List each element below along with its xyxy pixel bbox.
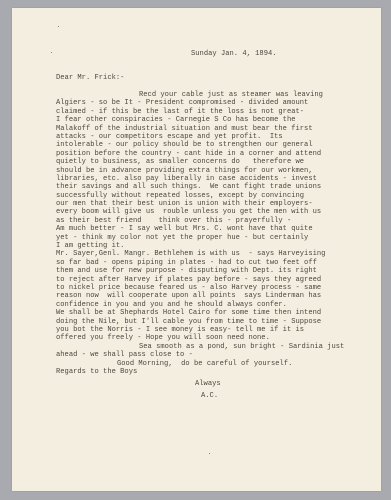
letter-line: I fear other conspiracies - Carnegie S C… <box>56 116 344 124</box>
letter-line: offered you freely - Hope you will soon … <box>56 334 344 342</box>
letter-line: them and use for new purpose - disputing… <box>56 267 344 275</box>
letter-line: reason now will cooperate upon all point… <box>56 292 344 300</box>
letter-line: Sea smooth as a pond, sun bright - Sardi… <box>56 343 344 351</box>
letter-line: every boom will give us rouble unless yo… <box>56 208 344 216</box>
paper-speck <box>51 52 52 53</box>
letter-line: ahead - we shall pass close to - <box>56 351 344 359</box>
letter-line: attacks - our competitors escape and yet… <box>56 133 344 141</box>
letter-line: Algiers - so be It - President compromis… <box>56 99 344 107</box>
letter-date: Sunday Jan. 4, 1894. <box>191 50 277 58</box>
letter-line: claimed - if this be the last of it the … <box>56 108 344 116</box>
letter-line: Mr. Sayer,Genl. Mangr. Bethlehem is with… <box>56 250 344 258</box>
letter-line: as their best friend think over this - p… <box>56 217 344 225</box>
paper-speck <box>209 453 210 454</box>
letter-line: to reject after Harvey if plates pay bef… <box>56 276 344 284</box>
letter-page: Sunday Jan. 4, 1894. Dear Mr. Frick:- Re… <box>12 8 381 491</box>
letter-line: position before the country - cant hide … <box>56 150 344 158</box>
letter-line: successfully without repeated losses, ex… <box>56 192 344 200</box>
letter-line: Am much better - I say well but Mrs. C. … <box>56 225 344 233</box>
letter-line: Recd your cable just as steamer was leav… <box>56 91 344 99</box>
letter-line: yet - think my color not yet the proper … <box>56 234 344 242</box>
letter-line: confidence in you and you and he should … <box>56 301 344 309</box>
paper-speck <box>58 26 59 27</box>
letter-line: their savings and all such things. We ca… <box>56 183 344 191</box>
letter-line: I am getting it. <box>56 242 344 250</box>
letter-closing: Always <box>195 380 221 388</box>
letter-line: quietly to business, as smaller concerns… <box>56 158 344 166</box>
letter-line: Malakoff of the industrial situation and… <box>56 125 344 133</box>
letter-line: should be in advance providing extra thi… <box>56 167 344 175</box>
letter-line: our men that their best union is union w… <box>56 200 344 208</box>
letter-line: you bot the Norris - I see money is easy… <box>56 326 344 334</box>
letter-line: We shall be at Shephards Hotel Cairo for… <box>56 309 344 317</box>
letter-line: doing the Nile, but I'll cable you from … <box>56 318 344 326</box>
letter-line: Good Morning, do be careful of yourself. <box>56 360 344 368</box>
letter-line: Regards to the Boys <box>56 368 344 376</box>
letter-line: to nickel price because feared us - also… <box>56 284 344 292</box>
letter-line: intolerable - our policy should be to st… <box>56 141 344 149</box>
letter-line: libraries, etc. also pay liberally in ca… <box>56 175 344 183</box>
letter-signature: A.C. <box>201 392 218 400</box>
letter-body: Recd your cable just as steamer was leav… <box>56 91 344 376</box>
letter-line: so far bad - opens piping in plates - ha… <box>56 259 344 267</box>
letter-salutation: Dear Mr. Frick:- <box>56 74 124 82</box>
